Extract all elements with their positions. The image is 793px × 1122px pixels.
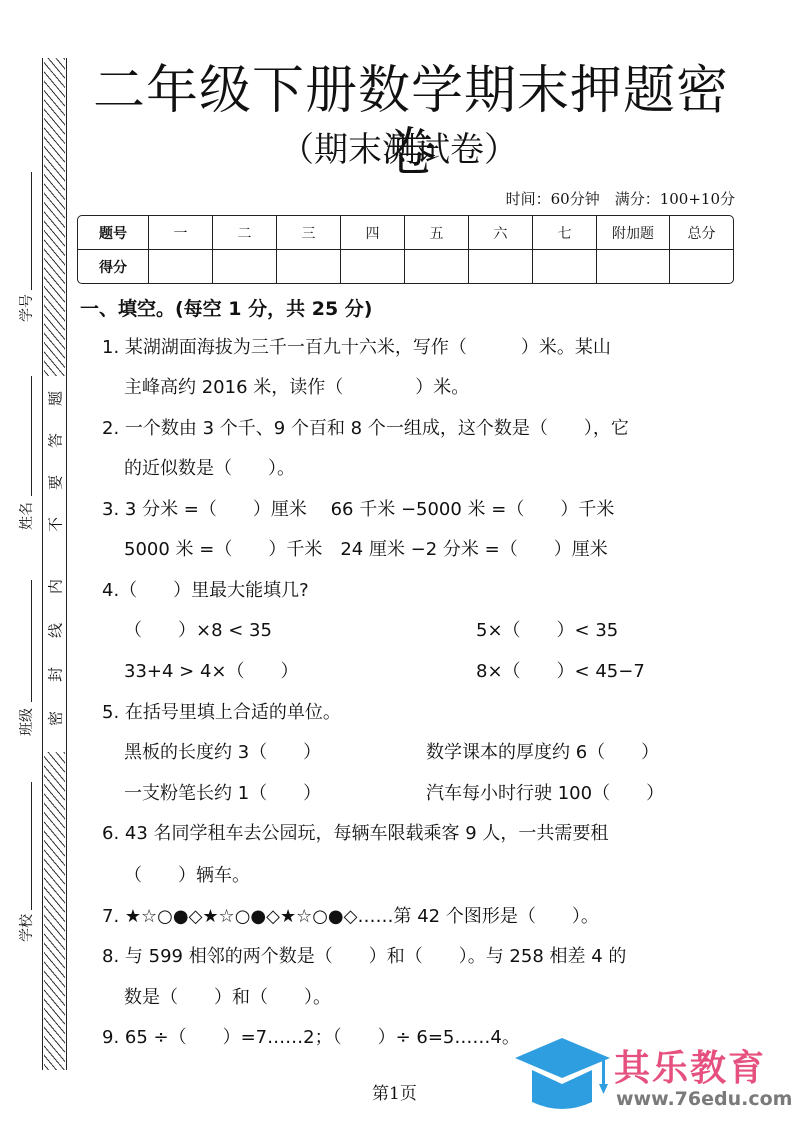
question-1-line-1: 1. 某湖湖面海拔为三千一百九十六米，写作（ ）米。某山 <box>102 336 611 360</box>
seal-char: 线 <box>45 622 66 640</box>
score-cell[interactable] <box>670 250 733 283</box>
table-cell: 题号 <box>78 216 149 250</box>
score-cell[interactable] <box>533 250 597 283</box>
question-6-line-1: 6. 43 名同学租车去公园玩，每辆车限载乘客 9 人，一共需要租 <box>102 822 608 846</box>
score-cell[interactable] <box>341 250 405 283</box>
question-7: 7. ★☆○●◇★☆○●◇★☆○●◇……第 42 个图形是（ ）。 <box>102 905 599 929</box>
page-subtitle: （期末测试卷） <box>280 128 518 172</box>
name-line[interactable] <box>31 376 32 496</box>
watermark-logo: 其乐教育 www.76edu.com <box>510 1030 790 1120</box>
seal-char: 封 <box>45 666 66 684</box>
student-id-line[interactable] <box>31 172 32 290</box>
score-cell[interactable] <box>597 250 670 283</box>
binding-hatch-bottom <box>44 752 65 1070</box>
watermark-brand: 其乐教育 <box>614 1040 766 1091</box>
class-label: 班级 <box>16 708 36 736</box>
question-5-item-b: 数学课本的厚度约 6（ ） <box>426 741 659 765</box>
school-line[interactable] <box>31 782 32 910</box>
question-5-title: 5. 在括号里填上合适的单位。 <box>102 701 341 725</box>
score-table-score-row: 得分 <box>78 250 733 283</box>
binding-left-line <box>42 58 43 1070</box>
question-5-item-c: 一支粉笔长约 1（ ） <box>124 782 321 806</box>
question-2-line-2: 的近似数是（ ）。 <box>124 457 295 481</box>
question-1-line-2: 主峰高约 2016 米，读作（ ）米。 <box>124 376 469 400</box>
question-8-line-1: 8. 与 599 相邻的两个数是（ ）和（ ）。与 258 相差 4 的 <box>102 945 626 969</box>
table-cell: 附加题 <box>597 216 670 250</box>
question-4-title: 4.（ ）里最大能填几? <box>102 579 309 603</box>
seal-char: 不 <box>45 516 66 534</box>
table-cell: 五 <box>405 216 469 250</box>
class-line[interactable] <box>31 580 32 702</box>
score-cell[interactable] <box>213 250 277 283</box>
score-cell[interactable] <box>277 250 341 283</box>
seal-char: 内 <box>45 578 66 596</box>
table-cell: 七 <box>533 216 597 250</box>
school-label: 学校 <box>16 914 36 942</box>
question-5-item-a: 黑板的长度约 3（ ） <box>124 741 321 765</box>
table-cell: 六 <box>469 216 533 250</box>
student-id-label: 学号 <box>16 294 36 322</box>
table-cell: 三 <box>277 216 341 250</box>
table-cell: 一 <box>149 216 213 250</box>
question-4-item-d: 8×（ ）< 45−7 <box>476 660 645 684</box>
question-6-line-2: （ ）辆车。 <box>124 864 250 888</box>
question-8-line-2: 数是（ ）和（ ）。 <box>124 986 331 1010</box>
question-4-item-c: 33+4 > 4×（ ） <box>124 660 299 684</box>
score-table: 题号 一 二 三 四 五 六 七 附加题 总分 得分 <box>77 215 734 284</box>
exam-meta: 时间：60分钟 满分：100+10分 <box>506 188 735 209</box>
table-cell: 总分 <box>670 216 733 250</box>
section-heading: 一、填空。(每空 1 分，共 25 分) <box>80 294 373 321</box>
question-4-item-b: 5×（ ）< 35 <box>476 619 618 643</box>
seal-char: 答 <box>45 432 66 450</box>
table-cell: 得分 <box>78 250 149 283</box>
watermark-url: www.76edu.com <box>616 1088 792 1110</box>
page-number: 第1页 <box>372 1079 417 1104</box>
question-3-line-2: 5000 米 =（ ）千米 24 厘米 −2 分米 =（ ）厘米 <box>124 538 608 562</box>
binding-hatch-top <box>44 58 65 376</box>
seal-char: 题 <box>45 390 66 408</box>
binding-right-line <box>66 58 67 1070</box>
table-cell: 二 <box>213 216 277 250</box>
question-4-item-a: （ ）×8 < 35 <box>124 619 272 643</box>
seal-char: 要 <box>45 474 66 492</box>
question-9: 9. 65 ÷（ ）=7……2；（ ）÷ 6=5……4。 <box>102 1026 520 1050</box>
question-5-item-d: 汽车每小时行驶 100（ ） <box>426 782 664 806</box>
score-cell[interactable] <box>149 250 213 283</box>
name-label: 姓名 <box>16 502 36 530</box>
graduation-cap-icon <box>510 1030 610 1120</box>
table-cell: 四 <box>341 216 405 250</box>
question-3-line-1: 3. 3 分米 =（ ）厘米 66 千米 −5000 米 =（ ）千米 <box>102 498 614 522</box>
score-cell[interactable] <box>469 250 533 283</box>
score-table-header-row: 题号 一 二 三 四 五 六 七 附加题 总分 <box>78 216 733 250</box>
score-cell[interactable] <box>405 250 469 283</box>
question-2-line-1: 2. 一个数由 3 个千、9 个百和 8 个一组成，这个数是（ ），它 <box>102 417 629 441</box>
seal-char: 密 <box>45 710 66 728</box>
